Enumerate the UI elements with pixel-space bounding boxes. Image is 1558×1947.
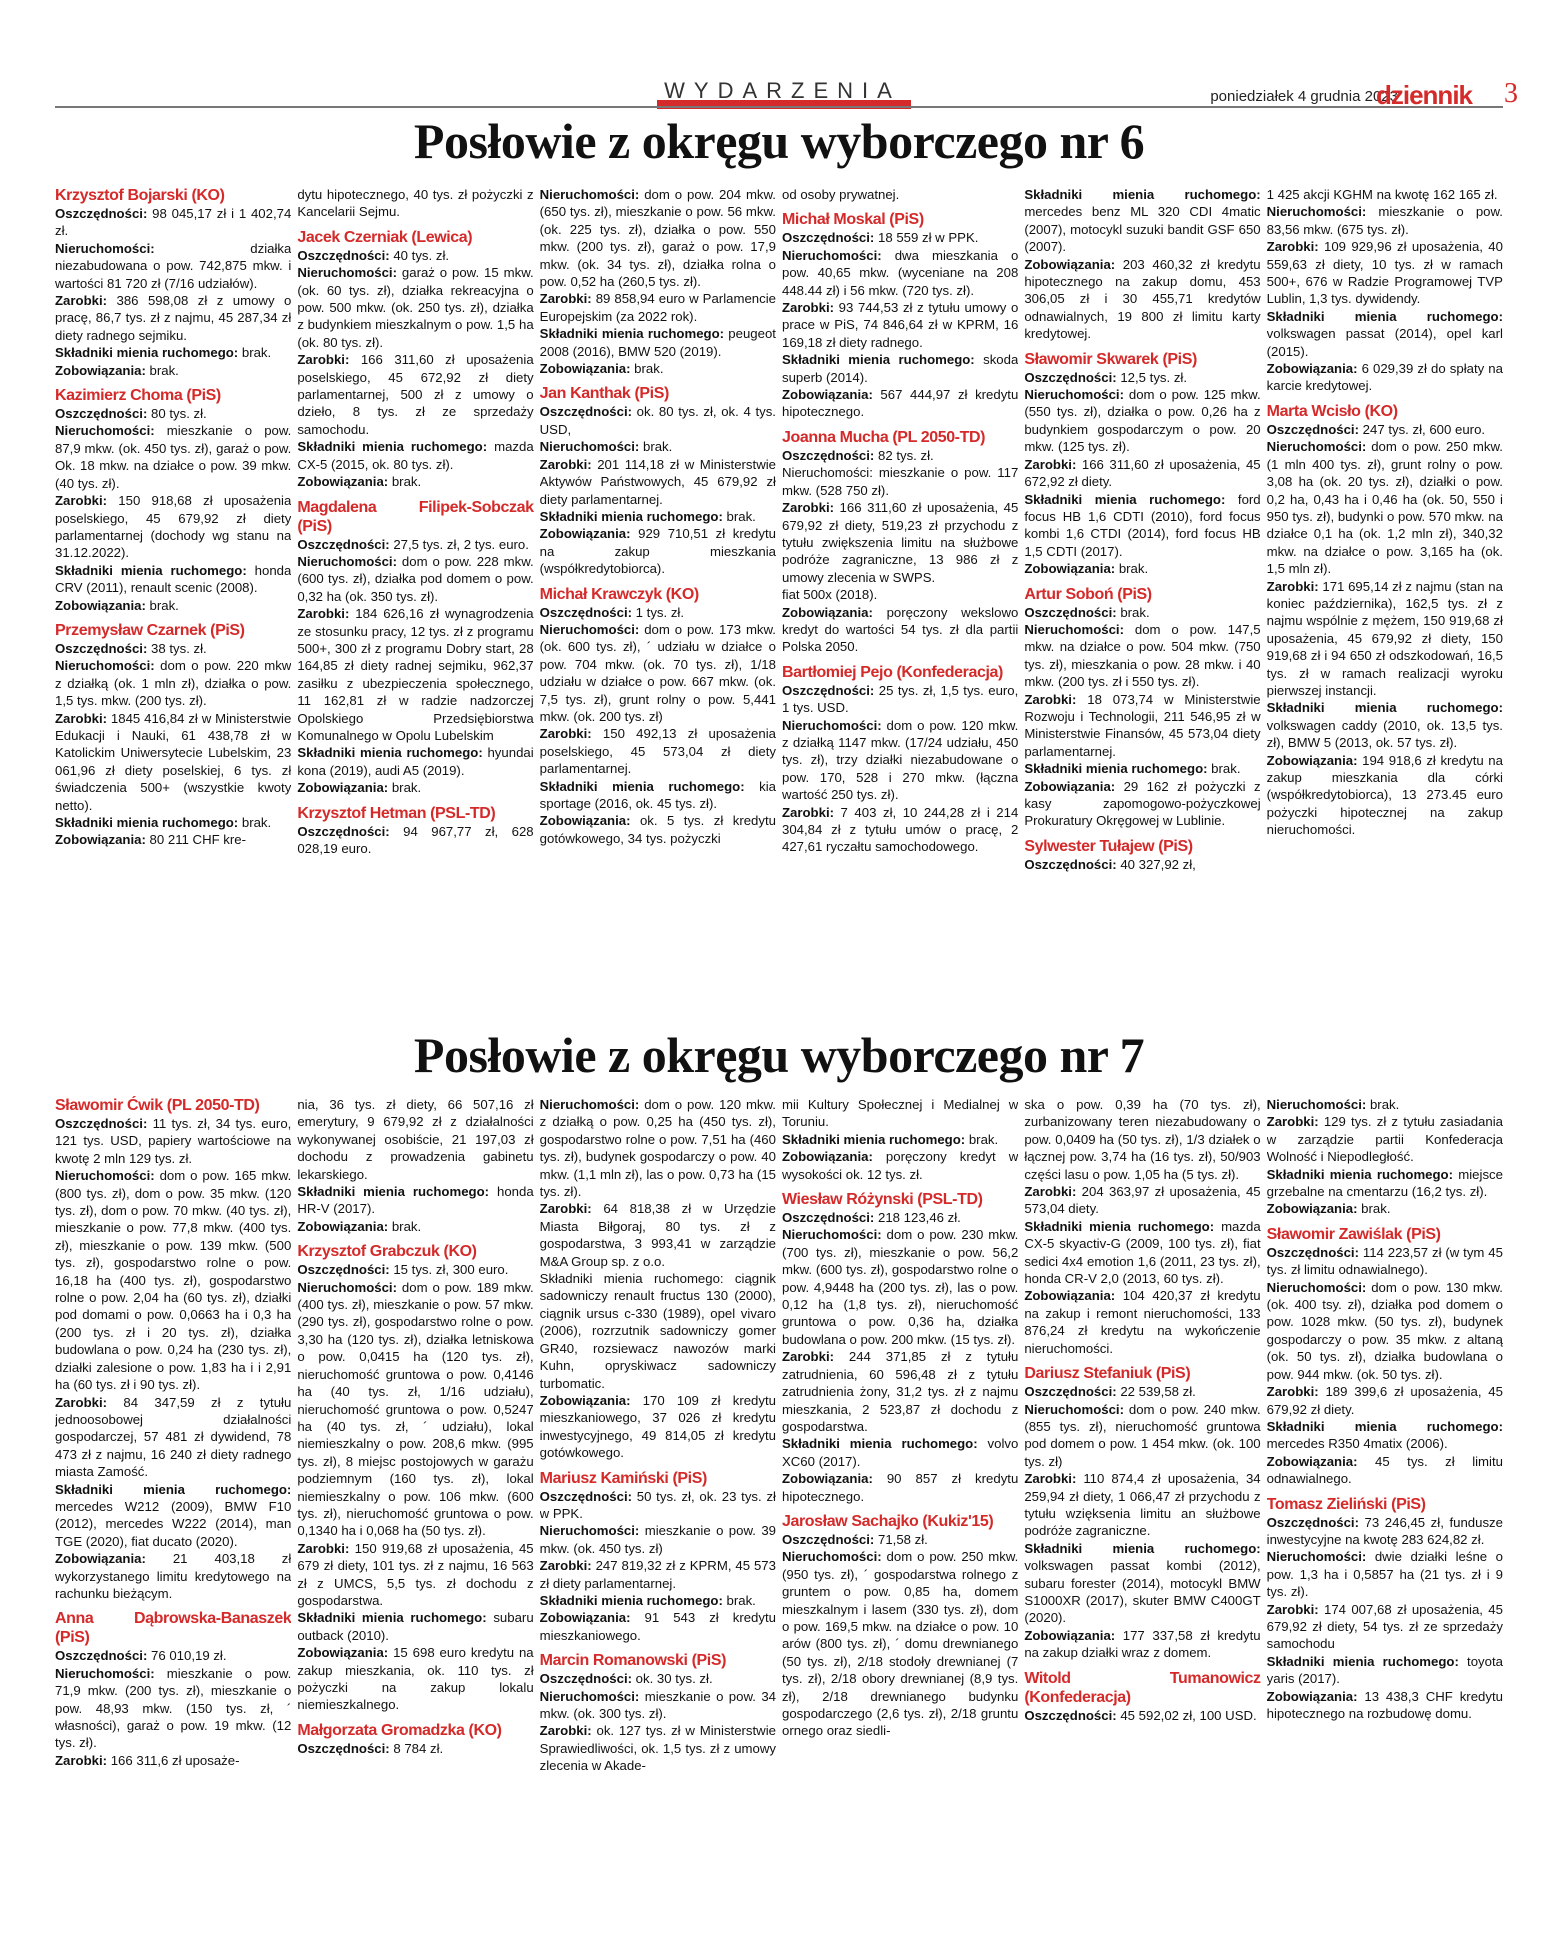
- declaration-entry: Oszczędności: 1 tys. zł.: [540, 604, 776, 621]
- declaration-entry: Zobowiązania: brak.: [1024, 560, 1260, 577]
- declaration-entry: Nieruchomości: dom o pow. 165 mkw. (800 …: [55, 1167, 291, 1393]
- entry-label: Nieruchomości:: [782, 718, 882, 733]
- entry-label: Zobowiązania:: [297, 1219, 388, 1234]
- declaration-entry: Zarobki: 110 874,4 zł uposażenia, 34 259…: [1024, 1470, 1260, 1540]
- declaration-entry: Oszczędności: 40 327,92 zł,: [1024, 856, 1260, 873]
- declaration-entry: Zobowiązania: 90 857 zł kredytu hipotecz…: [782, 1470, 1018, 1505]
- entry-label: Zarobki:: [782, 500, 834, 515]
- declaration-entry: Nieruchomości: dom o pow. 250 mkw. (950 …: [782, 1548, 1018, 1739]
- entry-label: Oszczędności:: [1267, 1515, 1359, 1530]
- declaration-entry: Składniki mienia ruchomego: hyundai kona…: [297, 744, 533, 779]
- declaration-entry: Zarobki: 166 311,60 zł uposażenia, 45 67…: [1024, 456, 1260, 491]
- declaration-entry: Oszczędności: 73 246,45 zł, fundusze inw…: [1267, 1514, 1503, 1549]
- entry-label: Zarobki:: [1024, 692, 1076, 707]
- declaration-entry: Nieruchomości: dom o pow. 204 mkw. (650 …: [540, 186, 776, 290]
- mp-name-heading: Wiesław Różynski (PSL-TD): [782, 1190, 1018, 1209]
- entry-value: 171 695,14 zł z najmu (stan na koniec pa…: [1267, 579, 1503, 698]
- mp-name-heading: Bartłomiej Pejo (Konfederacja): [782, 663, 1018, 682]
- entry-label: Zarobki:: [297, 352, 349, 367]
- declaration-entry: Oszczędności: 27,5 tys. zł, 2 tys. euro.: [297, 536, 533, 553]
- entry-value: 40 tys. zł.: [390, 248, 449, 263]
- declaration-entry: Zarobki: 244 371,85 zł z tytułu zatrudni…: [782, 1348, 1018, 1435]
- declaration-entry: Nieruchomości: dom o pow. 125 mkw. (550 …: [1024, 386, 1260, 456]
- mp-name-heading: Anna Dąbrowska-Banaszek (PiS): [55, 1609, 291, 1647]
- declaration-entry: Zarobki: 64 818,38 zł w Urzędzie Miasta …: [540, 1200, 776, 1270]
- entry-value: brak.: [1208, 761, 1241, 776]
- entry-label: Zarobki:: [297, 1541, 349, 1556]
- text-column: Składniki mienia ruchomego: mercedes ben…: [1024, 186, 1260, 1008]
- declaration-entry: Oszczędności: 18 559 zł w PPK.: [782, 229, 1018, 246]
- declaration-entry: Nieruchomości: mieszkanie o pow. 87,9 mk…: [55, 422, 291, 492]
- declaration-entry: Zarobki: 174 007,68 zł uposażenia, 45 67…: [1267, 1601, 1503, 1653]
- entry-label: Składniki mienia ruchomego:: [540, 326, 724, 341]
- declaration-entry: od osoby prywatnej.: [782, 186, 1018, 203]
- declaration-entry: Składniki mienia ruchomego: brak.: [55, 344, 291, 361]
- entry-value: 80 211 CHF kre-: [146, 832, 246, 847]
- entry-label: Zarobki:: [540, 1201, 592, 1216]
- entry-label: Składniki mienia ruchomego:: [297, 439, 487, 454]
- declaration-entry: Zarobki: 93 744,53 zł z tytułu umowy o p…: [782, 299, 1018, 351]
- entry-label: Zobowiązania:: [1267, 753, 1358, 768]
- issue-date: poniedziałek 4 grudnia 2023: [1210, 88, 1398, 105]
- declaration-entry: Zarobki: 166 311,60 zł uposażenia, 45 67…: [782, 499, 1018, 586]
- entry-value: brak.: [639, 439, 672, 454]
- entry-value: brak.: [1366, 1097, 1399, 1112]
- declaration-entry: Zobowiązania: 29 162 zł pożyczki z kasy …: [1024, 778, 1260, 830]
- declaration-entry: Składniki mienia ruchomego: brak.: [540, 1592, 776, 1609]
- declaration-entry: Zarobki: 189 399,6 zł uposażenia, 45 679…: [1267, 1383, 1503, 1418]
- entry-label: Zarobki:: [540, 291, 592, 306]
- entry-label: Zarobki:: [1267, 1384, 1319, 1399]
- entry-label: Oszczędności:: [1024, 1384, 1116, 1399]
- entry-value: volkswagen passat kombi (2012), subaru f…: [1024, 1558, 1260, 1625]
- entry-label: Oszczędności:: [540, 605, 632, 620]
- entry-value: 166 311,6 zł uposaże-: [107, 1753, 239, 1768]
- declaration-entry: Oszczędności: ok. 30 tys. zł.: [540, 1670, 776, 1687]
- declaration-entry: Nieruchomości: dom o pow. 228 mkw. (600 …: [297, 553, 533, 605]
- entry-label: Zobowiązania:: [540, 813, 631, 828]
- mp-name-heading: Michał Moskal (PiS): [782, 210, 1018, 229]
- declaration-entry: Nieruchomości: dom o pow. 220 mkw z dzia…: [55, 657, 291, 709]
- declaration-entry: Zarobki: 1845 416,84 zł w Ministerstwie …: [55, 710, 291, 814]
- declaration-entry: Zobowiązania: brak.: [297, 1218, 533, 1235]
- declaration-entry: Nieruchomości: garaż o pow. 15 mkw. (ok.…: [297, 264, 533, 351]
- entry-label: Zobowiązania:: [55, 363, 146, 378]
- declaration-entry: Nieruchomości: działka niezabudowana o p…: [55, 240, 291, 292]
- declaration-entry: Nieruchomości: dom o pow. 130 mkw. (ok. …: [1267, 1279, 1503, 1383]
- mp-name-heading: Jan Kanthak (PiS): [540, 384, 776, 403]
- entry-label: Zobowiązania:: [1267, 1201, 1358, 1216]
- entry-label: Zobowiązania:: [55, 598, 146, 613]
- declaration-entry: Składniki mienia ruchomego: skoda superb…: [782, 351, 1018, 386]
- mp-name-heading: Sławomir Zawiślak (PiS): [1267, 1225, 1503, 1244]
- declaration-entry: Składniki mienia ruchomego: volkswagen c…: [1267, 699, 1503, 751]
- declaration-entry: Składniki mienia ruchomego: subaru outba…: [297, 1609, 533, 1644]
- entry-label: Składniki mienia ruchomego:: [540, 1593, 723, 1608]
- section-7-columns: Sławomir Ćwik (PL 2050-TD)Oszczędności: …: [55, 1096, 1503, 1936]
- declaration-entry: Składniki mienia ruchomego: mazda CX-5 s…: [1024, 1218, 1260, 1288]
- entry-label: Składniki mienia ruchomego:: [782, 1436, 978, 1451]
- entry-value: dom o pow. 250 mkw. (950 tys. zł), ´ gos…: [782, 1549, 1018, 1738]
- declaration-entry: Oszczędności: 40 tys. zł.: [297, 247, 533, 264]
- entry-label: Oszczędności:: [55, 1116, 147, 1131]
- entry-value: dom o pow. 173 mkw. (ok. 600 tys. zł), ´…: [540, 622, 776, 724]
- declaration-entry: Zobowiązania: 203 460,32 zł kredytu hipo…: [1024, 256, 1260, 343]
- declaration-entry: Zobowiązania: 104 420,37 zł kredytu na z…: [1024, 1287, 1260, 1357]
- entry-value: brak.: [388, 1219, 421, 1234]
- entry-value: Nieruchomości: mieszkanie o pow. 117 mkw…: [782, 465, 1018, 497]
- declaration-entry: Nieruchomości: mieszkanie o pow. 83,56 m…: [1267, 203, 1503, 238]
- mp-name-heading: Marcin Romanowski (PiS): [540, 1651, 776, 1670]
- declaration-entry: Zobowiązania: brak.: [55, 597, 291, 614]
- declaration-entry: Składniki mienia ruchomego: mercedes W21…: [55, 1481, 291, 1551]
- entry-label: Oszczędności:: [1267, 1245, 1359, 1260]
- declaration-entry: Nieruchomości: dom o pow. 120 mkw. z dzi…: [540, 1096, 776, 1200]
- mp-name-heading: Sławomir Skwarek (PiS): [1024, 350, 1260, 369]
- entry-label: Nieruchomości:: [540, 1523, 640, 1538]
- declaration-entry: Oszczędności: 12,5 tys. zł.: [1024, 369, 1260, 386]
- entry-label: Zobowiązania:: [1267, 1689, 1358, 1704]
- mp-name-heading: Joanna Mucha (PL 2050-TD): [782, 428, 1018, 447]
- text-column: nia, 36 tys. zł diety, 66 507,16 zł emer…: [297, 1096, 533, 1936]
- declaration-entry: Składniki mienia ruchomego: volvo XC60 (…: [782, 1435, 1018, 1470]
- entry-label: Zobowiązania:: [782, 1149, 873, 1164]
- entry-label: Oszczędności:: [297, 537, 389, 552]
- entry-label: Oszczędności:: [1024, 857, 1116, 872]
- declaration-entry: Zarobki: 204 363,97 zł uposażenia, 45 57…: [1024, 1183, 1260, 1218]
- entry-value: brak.: [965, 1132, 998, 1147]
- entry-label: Składniki mienia ruchomego:: [1267, 1167, 1453, 1182]
- entry-value: ska o pow. 0,39 ha (70 tys. zł), zurbani…: [1024, 1097, 1260, 1182]
- entry-value: dom o pow. 230 mkw. (700 tys. zł), miesz…: [782, 1227, 1018, 1346]
- declaration-entry: Zobowiązania: 567 444,97 zł kredytu hipo…: [782, 386, 1018, 421]
- entry-value: dom o pow. 120 mkw. z działką o pow. 0,2…: [540, 1097, 776, 1199]
- entry-label: Nieruchomości:: [1024, 622, 1124, 637]
- entry-value: brak.: [146, 598, 179, 613]
- entry-label: Oszczędności:: [782, 1210, 874, 1225]
- entry-value: brak.: [238, 345, 271, 360]
- entry-label: Nieruchomości:: [1267, 204, 1367, 219]
- entry-label: Składniki mienia ruchomego:: [55, 345, 238, 360]
- entry-label: Składniki mienia ruchomego:: [782, 1132, 965, 1147]
- declaration-entry: Zarobki: 171 695,14 zł z najmu (stan na …: [1267, 578, 1503, 700]
- declaration-entry: Zobowiązania: brak.: [1267, 1200, 1503, 1217]
- declaration-entry: Oszczędności: 76 010,19 zł.: [55, 1647, 291, 1664]
- entry-label: Oszczędności:: [55, 406, 147, 421]
- text-column: Nieruchomości: dom o pow. 204 mkw. (650 …: [540, 186, 776, 1008]
- declaration-entry: Zobowiązania: 21 403,18 zł wykorzystaneg…: [55, 1550, 291, 1602]
- declaration-entry: Zobowiązania: ok. 5 tys. zł kredytu gotó…: [540, 812, 776, 847]
- declaration-entry: Nieruchomości: dom o pow. 173 mkw. (ok. …: [540, 621, 776, 725]
- declaration-entry: Zobowiązania: 929 710,51 zł kredytu na z…: [540, 525, 776, 577]
- mp-name-heading: Artur Soboń (PiS): [1024, 585, 1260, 604]
- entry-label: Oszczędności:: [297, 1741, 389, 1756]
- declaration-entry: Nieruchomości: dwie działki leśne o pow.…: [1267, 1548, 1503, 1600]
- mp-name-heading: Sławomir Ćwik (PL 2050-TD): [55, 1096, 291, 1115]
- entry-value: brak.: [238, 815, 271, 830]
- entry-label: Zarobki:: [1024, 1471, 1076, 1486]
- entry-label: Zarobki:: [55, 711, 107, 726]
- entry-value: dytu hipotecznego, 40 tys. zł pożyczki z…: [297, 187, 533, 219]
- entry-value: volkswagen caddy (2010, ok. 13,5 tys. zł…: [1267, 718, 1503, 750]
- declaration-entry: Oszczędności: 38 tys. zł.: [55, 640, 291, 657]
- entry-value: mercedes W212 (2009), BMW F10 (2012), me…: [55, 1499, 291, 1549]
- text-column: Krzysztof Bojarski (KO)Oszczędności: 98 …: [55, 186, 291, 1008]
- declaration-entry: Zobowiązania: 13 438,3 CHF kredytu hipot…: [1267, 1688, 1503, 1723]
- entry-label: Zarobki:: [55, 1753, 107, 1768]
- text-column: mii Kultury Społecznej i Medialnej w Tor…: [782, 1096, 1018, 1936]
- entry-value: brak.: [388, 474, 421, 489]
- declaration-entry: Zobowiązania: brak.: [540, 360, 776, 377]
- entry-value: 40 327,92 zł,: [1117, 857, 1196, 872]
- entry-label: Zarobki:: [55, 293, 107, 308]
- entry-label: Zarobki:: [782, 805, 834, 820]
- declaration-entry: Składniki mienia ruchomego: brak.: [1024, 760, 1260, 777]
- entry-label: Oszczędności:: [540, 404, 632, 419]
- entry-label: Zobowiązania:: [540, 526, 631, 541]
- entry-label: Nieruchomości:: [1267, 1280, 1367, 1295]
- entry-label: Oszczędności:: [55, 206, 147, 221]
- entry-value: mii Kultury Społecznej i Medialnej w Tor…: [782, 1097, 1018, 1129]
- entry-value: dom o pow. 189 mkw. (400 tys. zł), miesz…: [297, 1280, 533, 1539]
- declaration-entry: Nieruchomości: dom o pow. 250 mkw. (1 ml…: [1267, 438, 1503, 577]
- declaration-entry: Zobowiązania: brak.: [297, 473, 533, 490]
- entry-label: Nieruchomości:: [782, 248, 882, 263]
- declaration-entry: ska o pow. 0,39 ha (70 tys. zł), zurbani…: [1024, 1096, 1260, 1183]
- declaration-entry: Nieruchomości: dwa mieszkania o pow. 40,…: [782, 247, 1018, 299]
- declaration-entry: Zarobki: 150 492,13 zł uposażenia posels…: [540, 725, 776, 777]
- declaration-entry: Składniki mienia ruchomego: brak.: [540, 508, 776, 525]
- entry-value: 82 tys. zł.: [874, 448, 933, 463]
- entry-label: Zobowiązania:: [1024, 257, 1115, 272]
- entry-label: Zobowiązania:: [297, 474, 388, 489]
- mp-name-heading: Jarosław Sachajko (Kukiz'15): [782, 1512, 1018, 1531]
- declaration-entry: Składniki mienia ruchomego: peugeot 2008…: [540, 325, 776, 360]
- entry-label: Zobowiązania:: [1024, 561, 1115, 576]
- entry-value: volkswagen passat (2014), opel karl (201…: [1267, 326, 1503, 358]
- text-column: ska o pow. 0,39 ha (70 tys. zł), zurbani…: [1024, 1096, 1260, 1936]
- entry-label: Składniki mienia ruchomego:: [1024, 761, 1207, 776]
- entry-value: 15 tys. zł, 300 euro.: [390, 1262, 509, 1277]
- entry-label: Składniki mienia ruchomego:: [1024, 492, 1225, 507]
- entry-label: Zobowiązania:: [540, 1393, 631, 1408]
- entry-value: 80 tys. zł.: [147, 406, 206, 421]
- entry-label: Nieruchomości:: [1024, 1402, 1124, 1417]
- declaration-entry: Nieruchomości: dom o pow. 147,5 mkw. na …: [1024, 621, 1260, 691]
- mp-name-heading: Michał Krawczyk (KO): [540, 585, 776, 604]
- declaration-entry: Zarobki: 7 403 zł, 10 244,28 zł i 214 30…: [782, 804, 1018, 856]
- declaration-entry: Nieruchomości: dom o pow. 230 mkw. (700 …: [782, 1226, 1018, 1348]
- entry-label: Zarobki:: [1267, 239, 1319, 254]
- entry-label: Zobowiązania:: [297, 780, 388, 795]
- entry-value: 76 010,19 zł.: [147, 1648, 226, 1663]
- declaration-entry: Składniki mienia ruchomego: mazda CX-5 (…: [297, 438, 533, 473]
- declaration-entry: Nieruchomości: mieszkanie o pow. 39 mkw.…: [540, 1522, 776, 1557]
- declaration-entry: Oszczędności: ok. 80 tys. zł, ok. 4 tys.…: [540, 403, 776, 438]
- declaration-entry: nia, 36 tys. zł diety, 66 507,16 zł emer…: [297, 1096, 533, 1183]
- entry-value: 45 592,02 zł, 100 USD.: [1117, 1708, 1257, 1723]
- entry-label: Oszczędności:: [1267, 422, 1359, 437]
- entry-value: 12,5 tys. zł.: [1117, 370, 1187, 385]
- entry-label: Oszczędności:: [540, 1671, 632, 1686]
- entry-label: Oszczędności:: [297, 248, 389, 263]
- declaration-entry: Zobowiązania: 91 543 zł kredytu mieszkan…: [540, 1609, 776, 1644]
- declaration-entry: Oszczędności: 71,58 zł.: [782, 1531, 1018, 1548]
- mp-name-heading: Dariusz Stefaniuk (PiS): [1024, 1364, 1260, 1383]
- entry-label: Oszczędności:: [782, 683, 874, 698]
- entry-label: Zobowiązania:: [1024, 1288, 1115, 1303]
- section-6-columns: Krzysztof Bojarski (KO)Oszczędności: 98 …: [55, 186, 1503, 1008]
- entry-label: Składniki mienia ruchomego:: [1267, 1419, 1503, 1434]
- entry-label: Nieruchomości:: [55, 1168, 155, 1183]
- mp-name-heading: Magdalena Filipek-Sobczak (PiS): [297, 498, 533, 536]
- entry-label: Zobowiązania:: [1024, 779, 1115, 794]
- declaration-entry: Składniki mienia ruchomego: brak.: [782, 1131, 1018, 1148]
- entry-value: fiat 500x (2018).: [782, 587, 877, 602]
- declaration-entry: Zobowiązania: brak.: [55, 362, 291, 379]
- entry-label: Zobowiązania:: [782, 605, 873, 620]
- declaration-entry: Składniki mienia ruchomego: brak.: [55, 814, 291, 831]
- entry-label: Oszczędności:: [297, 1262, 389, 1277]
- entry-value: Składniki mienia ruchomego: ciągnik sado…: [540, 1271, 776, 1390]
- declaration-entry: Oszczędności: 114 223,57 zł (w tym 45 ty…: [1267, 1244, 1503, 1279]
- declaration-entry: Składniki mienia ruchomego: mercedes ben…: [1024, 186, 1260, 256]
- declaration-entry: Oszczędności: 22 539,58 zł.: [1024, 1383, 1260, 1400]
- declaration-entry: Nieruchomości: mieszkanie o pow. 117 mkw…: [782, 464, 1018, 499]
- text-column: 1 425 akcji KGHM na kwotę 162 165 zł.Nie…: [1267, 186, 1503, 1008]
- declaration-entry: Oszczędności: 98 045,17 zł i 1 402,74 zł…: [55, 205, 291, 240]
- declaration-entry: Zarobki: 129 tys. zł z tytułu zasiadania…: [1267, 1113, 1503, 1165]
- entry-label: Zobowiązania:: [55, 1551, 146, 1566]
- entry-label: Nieruchomości:: [55, 658, 155, 673]
- entry-label: Składniki mienia ruchomego:: [297, 745, 482, 760]
- entry-label: Składniki mienia ruchomego:: [782, 352, 975, 367]
- entry-label: Zobowiązania:: [782, 387, 873, 402]
- declaration-entry: Zobowiązania: brak.: [297, 779, 533, 796]
- entry-value: dom o pow. 204 mkw. (650 tys. zł), miesz…: [540, 187, 776, 289]
- text-column: Sławomir Ćwik (PL 2050-TD)Oszczędności: …: [55, 1096, 291, 1936]
- declaration-entry: Składniki mienia ruchomego: kia sportage…: [540, 778, 776, 813]
- declaration-entry: Zarobki: 247 819,32 zł z KPRM, 45 573 zł…: [540, 1557, 776, 1592]
- declaration-entry: Oszczędności: 45 592,02 zł, 100 USD.: [1024, 1707, 1260, 1724]
- entry-label: Oszczędności:: [782, 448, 874, 463]
- entry-value: brak.: [146, 363, 179, 378]
- entry-value: 71,58 zł.: [874, 1532, 928, 1547]
- entry-label: Nieruchomości:: [540, 187, 640, 202]
- entry-label: Nieruchomości:: [1024, 387, 1124, 402]
- declaration-entry: Zobowiązania: 80 211 CHF kre-: [55, 831, 291, 848]
- entry-label: Oszczędności:: [1024, 370, 1116, 385]
- entry-label: Składniki mienia ruchomego:: [55, 815, 238, 830]
- declaration-entry: Zobowiązania: poręczony wekslowo kredyt …: [782, 604, 1018, 656]
- declaration-entry: Nieruchomości: dom o pow. 120 mkw. z dzi…: [782, 717, 1018, 804]
- entry-label: Nieruchomości:: [55, 1666, 155, 1681]
- declaration-entry: Zarobki: ok. 127 tys. zł w Ministerstwie…: [540, 1722, 776, 1774]
- mp-name-heading: Przemysław Czarnek (PiS): [55, 621, 291, 640]
- entry-value: 22 539,58 zł.: [1117, 1384, 1196, 1399]
- entry-label: Zarobki:: [1024, 457, 1076, 472]
- mp-name-heading: Mariusz Kamiński (PiS): [540, 1469, 776, 1488]
- entry-label: Zobowiązania:: [1024, 1628, 1115, 1643]
- entry-value: 247 tys. zł, 600 euro.: [1359, 422, 1485, 437]
- entry-value: ok. 30 tys. zł.: [632, 1671, 713, 1686]
- entry-label: Zarobki:: [540, 457, 592, 472]
- declaration-entry: Oszczędności: 82 tys. zł.: [782, 447, 1018, 464]
- entry-label: Zarobki:: [1024, 1184, 1076, 1199]
- entry-value: mercedes benz ML 320 CDI 4matic (2007), …: [1024, 204, 1260, 254]
- declaration-entry: Zarobki: 201 114,18 zł w Ministerstwie A…: [540, 456, 776, 508]
- entry-value: 18 559 zł w PPK.: [874, 230, 978, 245]
- declaration-entry: Składniki mienia ruchomego: ford focus H…: [1024, 491, 1260, 561]
- entry-value: brak.: [1115, 561, 1148, 576]
- entry-label: Składniki mienia ruchomego:: [297, 1610, 486, 1625]
- entry-value: 218 123,46 zł.: [874, 1210, 961, 1225]
- declaration-entry: Oszczędności: 8 784 zł.: [297, 1740, 533, 1757]
- entry-label: Nieruchomości:: [297, 265, 397, 280]
- declaration-entry: Oszczędności: 25 tys. zł, 1,5 tys. euro,…: [782, 682, 1018, 717]
- mp-name-heading: Małgorzata Gromadzka (KO): [297, 1721, 533, 1740]
- entry-label: Zarobki:: [55, 1395, 107, 1410]
- entry-label: Oszczędności:: [540, 1489, 632, 1504]
- entry-label: Nieruchomości:: [55, 241, 155, 256]
- entry-label: Nieruchomości:: [297, 554, 397, 569]
- entry-value: 27,5 tys. zł, 2 tys. euro.: [390, 537, 529, 552]
- entry-label: Nieruchomości:: [540, 622, 640, 637]
- entry-value: dom o pow. 165 mkw. (800 tys. zł), dom o…: [55, 1168, 291, 1392]
- entry-label: Składniki mienia ruchomego:: [1024, 187, 1260, 202]
- entry-value: brak.: [1358, 1201, 1391, 1216]
- entry-label: Zobowiązania:: [297, 1645, 388, 1660]
- entry-label: Nieruchomości:: [1267, 1549, 1367, 1564]
- entry-label: Nieruchomości:: [540, 439, 640, 454]
- entry-value: od osoby prywatnej.: [782, 187, 899, 202]
- declaration-entry: Zarobki: 386 598,08 zł z umowy o pracę, …: [55, 292, 291, 344]
- declaration-entry: Zarobki: 18 073,74 w Ministerstwie Rozwo…: [1024, 691, 1260, 761]
- entry-label: Nieruchomości:: [1267, 439, 1367, 454]
- entry-label: Oszczędności:: [782, 1532, 874, 1547]
- entry-label: Zobowiązania:: [540, 361, 631, 376]
- entry-label: Oszczędności:: [297, 824, 389, 839]
- entry-value: brak.: [1117, 605, 1150, 620]
- entry-value: brak.: [388, 780, 421, 795]
- declaration-entry: Zarobki: 166 311,60 zł uposażenia posels…: [297, 351, 533, 438]
- entry-value: brak.: [723, 509, 756, 524]
- entry-label: Nieruchomości:: [540, 1689, 640, 1704]
- entry-label: Składniki mienia ruchomego:: [55, 563, 247, 578]
- text-column: Nieruchomości: brak.Zarobki: 129 tys. zł…: [1267, 1096, 1503, 1936]
- entry-label: Zarobki:: [782, 300, 834, 315]
- mp-name-heading: Krzysztof Hetman (PSL-TD): [297, 804, 533, 823]
- entry-label: Zarobki:: [540, 726, 592, 741]
- declaration-entry: mii Kultury Społecznej i Medialnej w Tor…: [782, 1096, 1018, 1131]
- declaration-entry: Zarobki: 109 929,96 zł uposażenia, 40 55…: [1267, 238, 1503, 308]
- mp-name-heading: Witold Tumanowicz (Konfederacja): [1024, 1669, 1260, 1707]
- entry-value: brak.: [723, 1593, 756, 1608]
- mp-name-heading: Marta Wcisło (KO): [1267, 402, 1503, 421]
- entry-label: Składniki mienia ruchomego:: [1267, 309, 1503, 324]
- entry-label: Zarobki:: [540, 1723, 592, 1738]
- entry-label: Składniki mienia ruchomego:: [1267, 1654, 1459, 1669]
- declaration-entry: Składniki mienia ruchomego: volkswagen p…: [1024, 1540, 1260, 1627]
- entry-label: Składniki mienia ruchomego:: [540, 509, 723, 524]
- declaration-entry: Zobowiązania: 45 tys. zł limitu odnawial…: [1267, 1453, 1503, 1488]
- entry-label: Zobowiązania:: [1267, 1454, 1358, 1469]
- entry-value: 8 784 zł.: [390, 1741, 444, 1756]
- mp-name-heading: Krzysztof Grabczuk (KO): [297, 1242, 533, 1261]
- entry-value: 1 425 akcji KGHM na kwotę 162 165 zł.: [1267, 187, 1498, 202]
- entry-value: brak.: [631, 361, 664, 376]
- declaration-entry: Nieruchomości: mieszkanie o pow. 71,9 mk…: [55, 1665, 291, 1752]
